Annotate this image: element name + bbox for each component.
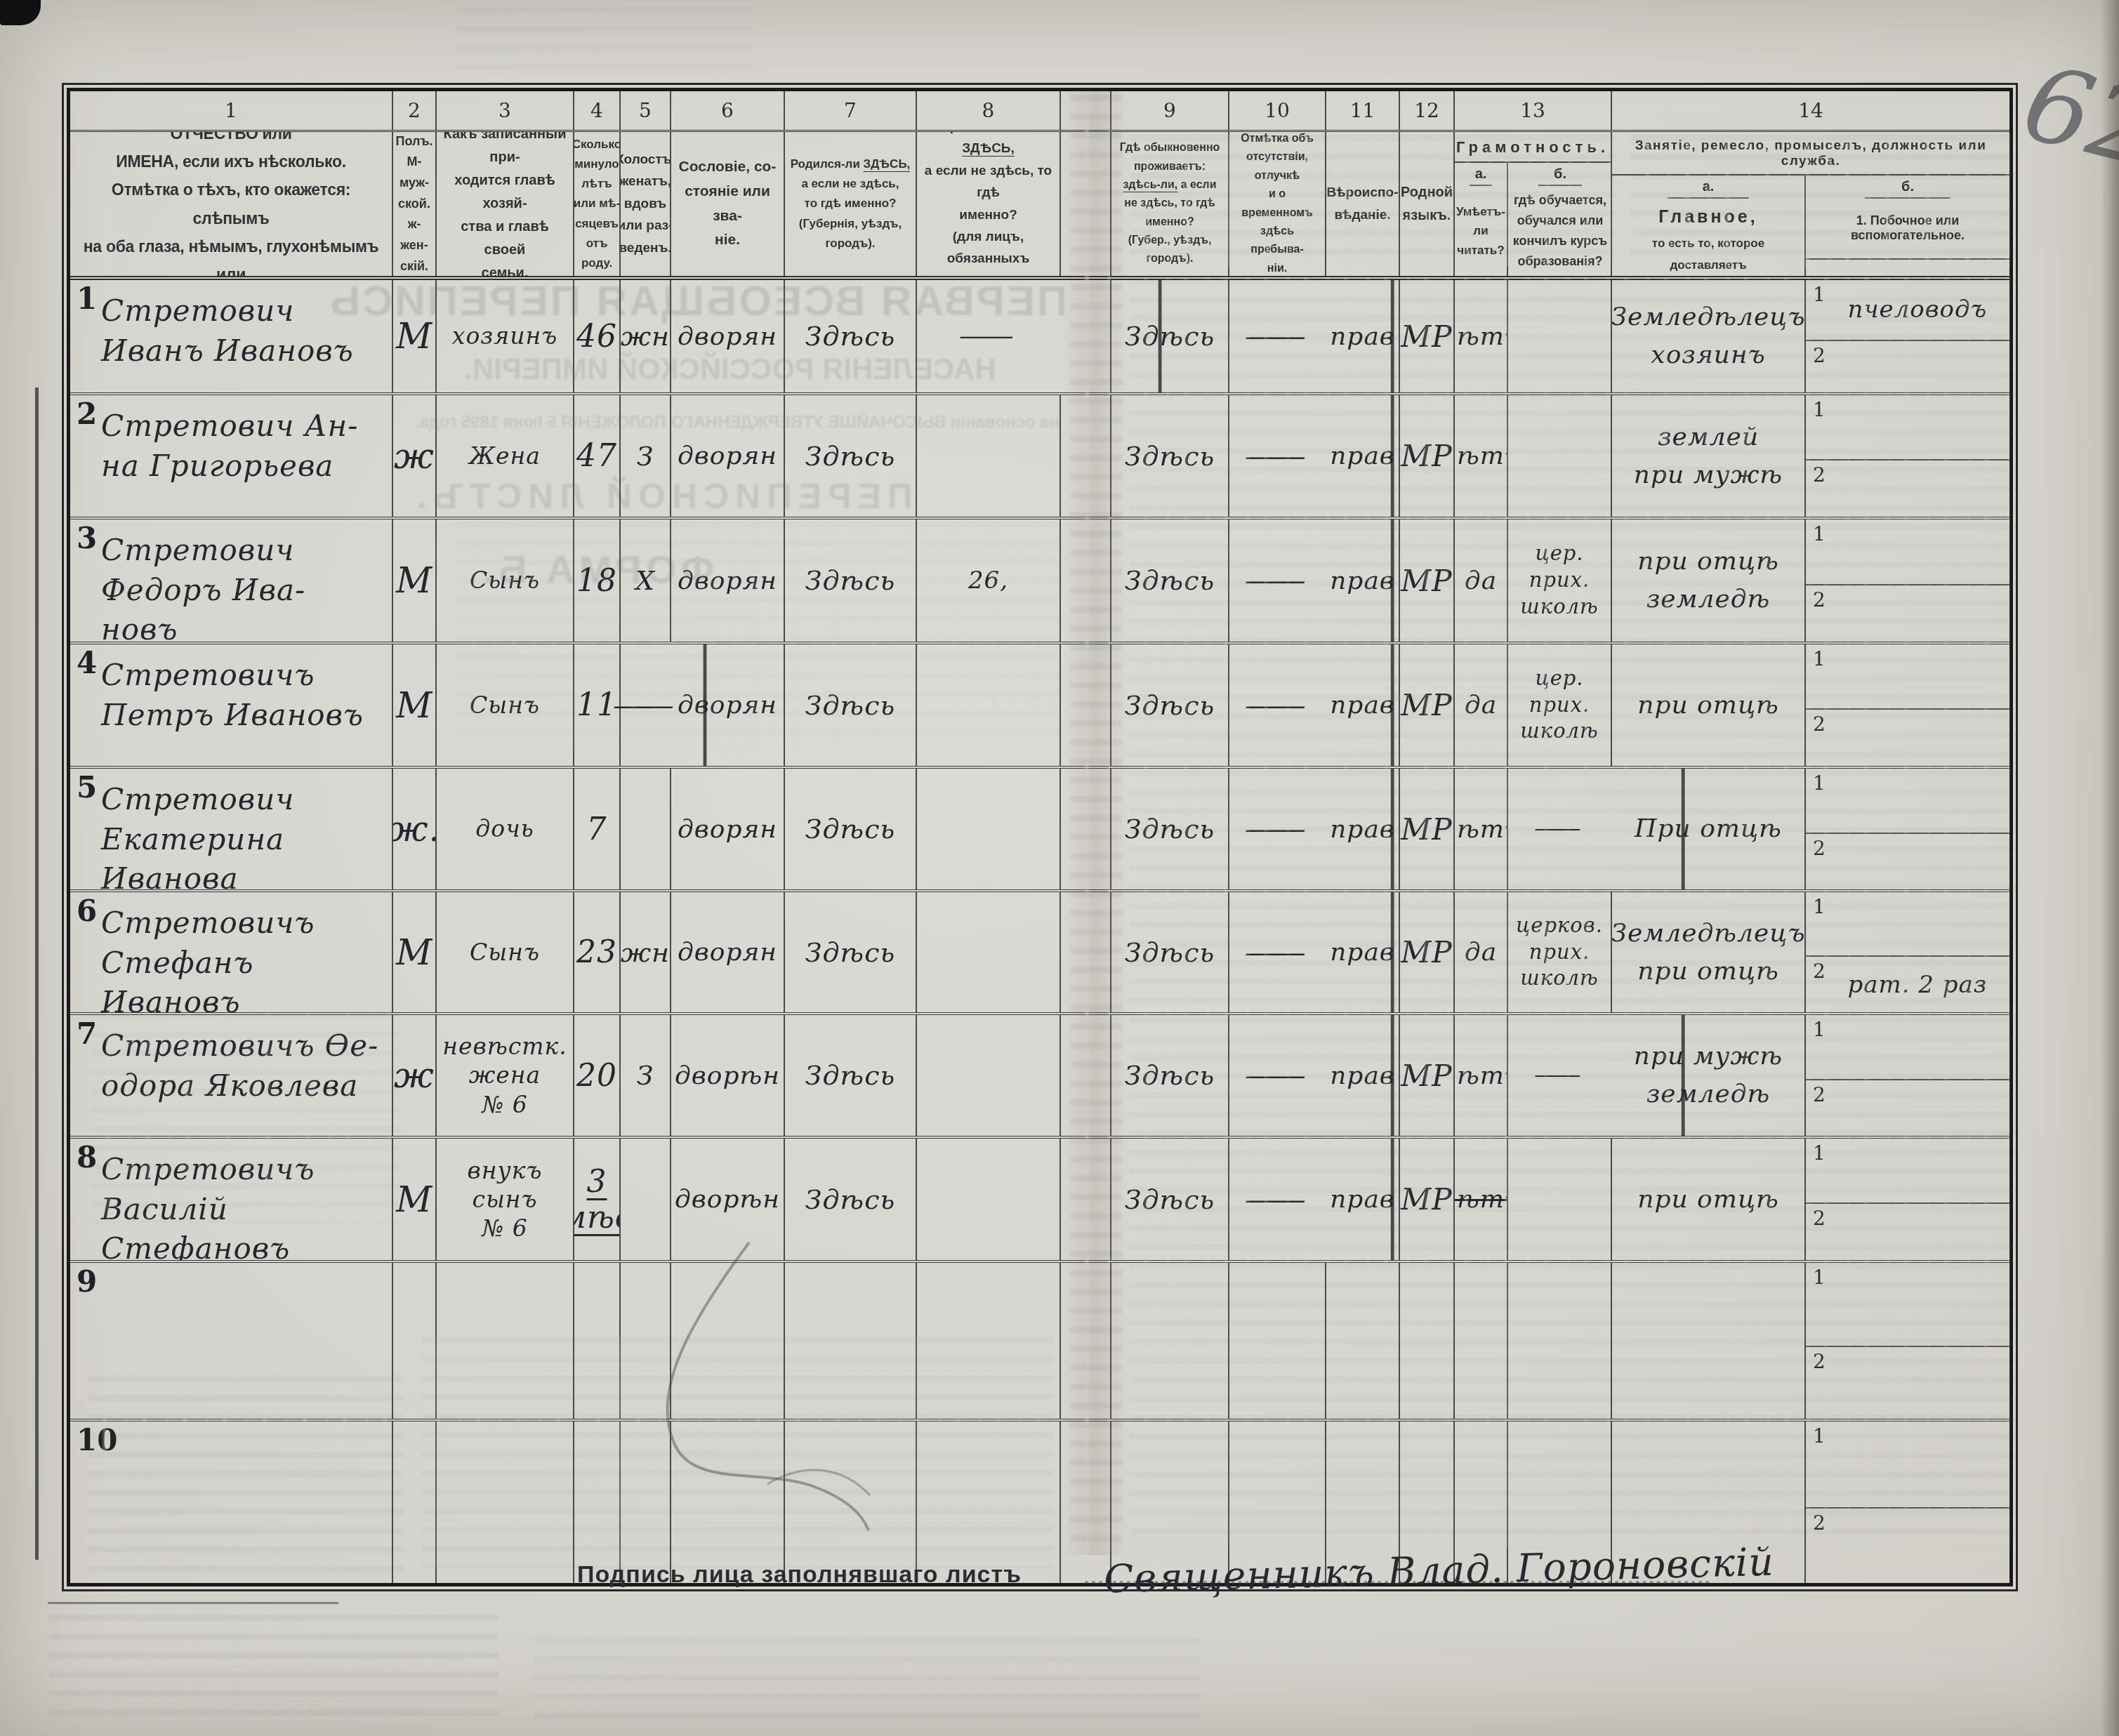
header-sex: Полъ. М-муж- ской. ж-жен- скій. bbox=[393, 132, 437, 276]
military-status-slot: 2 bbox=[1806, 710, 2009, 766]
header-occupation-b: б. 1. Побочное или вспомогательное. 2 По… bbox=[1806, 175, 2009, 276]
cell-language: МР bbox=[1400, 519, 1455, 642]
cell-birthplace: Здѣсь bbox=[785, 644, 917, 766]
cell-age: 20 bbox=[574, 1015, 621, 1136]
cell-name: 5 Стретович Екатерина Иванова bbox=[70, 769, 393, 889]
table-row: 9 1 2 bbox=[70, 1263, 2009, 1422]
cell-name: 10 bbox=[70, 1422, 393, 1583]
cell-birthplace: Здѣсь bbox=[785, 769, 917, 889]
cell-occupation-main: Земледѣлецъ хозяинъ bbox=[1612, 280, 1806, 392]
cell-occupation-main: при отцѣ земледѣ bbox=[1612, 519, 1806, 642]
side-label-2: 2 bbox=[1806, 585, 1826, 642]
census-table: 1 2 3 4 5 6 7 8 9 10 11 12 13 14 ФАМИЛІЯ… bbox=[67, 88, 2013, 1586]
signature-label: Подпись лица заполнявшаго листъ bbox=[577, 1561, 1022, 1589]
cell-religion bbox=[1326, 1263, 1400, 1419]
header-literacy-b: б. гдѣ обучается, обучался или кончилъ к… bbox=[1508, 163, 1612, 276]
cell-occupation-main bbox=[1612, 1263, 1806, 1419]
side-label-2: 2 bbox=[1806, 1080, 1826, 1136]
cell-occupation-side: 1 2 рат. 2 раз bbox=[1806, 892, 2009, 1012]
fold-gap bbox=[1061, 1263, 1111, 1419]
cell-registered bbox=[917, 892, 1061, 1012]
side-label-2: 2 bbox=[1806, 1204, 1826, 1260]
cell-occupation-side: 1 2 bbox=[1806, 519, 2009, 642]
fold-gap bbox=[1061, 132, 1111, 276]
col-number: 2 bbox=[393, 91, 437, 130]
cell-occupation-side: 1 2 bbox=[1806, 769, 2009, 889]
side-label-2: 2 bbox=[1806, 1509, 1826, 1583]
cell-religion: прав bbox=[1326, 892, 1400, 1012]
cell-sex: ж. bbox=[393, 769, 437, 889]
cell-estate: дворян bbox=[671, 395, 785, 517]
cell-age: 23 bbox=[574, 892, 621, 1012]
cell-education: цер. прих. школѣ bbox=[1508, 519, 1612, 642]
cell-marital: жн bbox=[621, 892, 671, 1012]
col-number: 11 bbox=[1326, 91, 1400, 130]
census-scan-page: ПЕРВАЯ ВСЕОБЩАЯ ПЕРЕПИСЬ НАСЕЛЕНІЯ РОССІ… bbox=[0, 0, 2119, 1736]
bleed-noise bbox=[49, 1615, 499, 1720]
table-row: 7 Стретовичъ Ѳе- одора Яковлева ж невѣст… bbox=[70, 1015, 2009, 1139]
side-label-1: 1 bbox=[1806, 395, 1826, 459]
person-name: Стретовичъ Ѳе- одора Яковлева bbox=[70, 1015, 392, 1106]
side-occupation-slot: 1 bbox=[1806, 1139, 2009, 1204]
col-number: 8 bbox=[917, 91, 1061, 130]
side-label-1: 1 bbox=[1806, 892, 1826, 955]
cell-education bbox=[1508, 1139, 1612, 1260]
cell-religion: прав bbox=[1326, 644, 1400, 766]
cell-language: МР bbox=[1400, 644, 1455, 766]
side-occupation-slot: 1 bbox=[1806, 644, 2009, 710]
fold-gap bbox=[1061, 280, 1111, 392]
military-status-slot: 2 bbox=[1806, 1080, 2009, 1136]
cell-birthplace: Здѣсь bbox=[785, 395, 917, 517]
person-name: Стретович Иванъ Ивановъ bbox=[70, 280, 392, 371]
cell-education bbox=[1508, 280, 1612, 392]
side-occupation-slot: 1 bbox=[1806, 769, 2009, 834]
cell-age: 46 bbox=[574, 280, 621, 392]
row-number: 7 bbox=[77, 1016, 97, 1051]
cell-relation bbox=[437, 1263, 574, 1419]
header-occupation-a: а. Главное, то есть то, которое доставля… bbox=[1612, 175, 1806, 276]
cell-religion: прав bbox=[1326, 1139, 1400, 1260]
cell-sex: М bbox=[393, 892, 437, 1012]
col-number: 10 bbox=[1229, 91, 1326, 130]
cell-occupation-main: землей при мужѣ bbox=[1612, 395, 1806, 517]
person-name bbox=[70, 1422, 392, 1433]
side-occupation-slot: 1 bbox=[1806, 1263, 2009, 1347]
cell-relation: Сынъ bbox=[437, 644, 574, 766]
person-name: Стретовичъ Стефанъ Ивановъ bbox=[70, 892, 392, 1012]
side-occupation-value: пчеловодъ bbox=[1826, 296, 2009, 324]
cell-occupation-main: при отцѣ bbox=[1612, 644, 1806, 766]
header-absence: Отмѣтка объ отсутствіи, отлучкѣ и о врем… bbox=[1229, 132, 1326, 276]
side-label-2: 2 bbox=[1806, 460, 1826, 517]
scan-edge-shadow bbox=[2101, 0, 2119, 1736]
row-number: 4 bbox=[77, 646, 97, 680]
side-occupation-slot: 1 bbox=[1806, 519, 2009, 585]
cell-age: 7 bbox=[574, 769, 621, 889]
fold-gap bbox=[1061, 1015, 1111, 1136]
cell-literacy: нѣтъ bbox=[1455, 1139, 1508, 1260]
cell-literacy: да bbox=[1455, 892, 1508, 1012]
fold-gap bbox=[1061, 644, 1111, 766]
side-label-2: 2 bbox=[1806, 1347, 1826, 1419]
side-label-1: 1 bbox=[1806, 769, 1826, 833]
military-status-slot: 2 bbox=[1806, 460, 2009, 517]
cell-language: МР bbox=[1400, 280, 1455, 392]
cell-relation: хозяинъ bbox=[437, 280, 574, 392]
table-row: 8 Стретовичъ Василій Стефановъ М внукъ с… bbox=[70, 1139, 2009, 1263]
cell-literacy: да bbox=[1455, 644, 1508, 766]
cell-name: 8 Стретовичъ Василій Стефановъ bbox=[70, 1139, 393, 1260]
cell-registered bbox=[917, 769, 1061, 889]
row-number: 9 bbox=[77, 1264, 97, 1299]
cell-occupation-main: При отцѣ bbox=[1612, 769, 1806, 889]
cell-education bbox=[1508, 395, 1612, 517]
cell-occupation-main: Земледѣлецъ при отцѣ bbox=[1612, 892, 1806, 1012]
cell-language: МР bbox=[1400, 1139, 1455, 1260]
cell-literacy: нѣтъ bbox=[1455, 280, 1508, 392]
cell-estate: дворян bbox=[671, 892, 785, 1012]
cell-relation: внукъ сынъ № 6 bbox=[437, 1139, 574, 1260]
header-language: Родной языкъ. bbox=[1400, 132, 1455, 276]
row-number: 2 bbox=[77, 397, 97, 431]
row-number: 1 bbox=[77, 281, 97, 316]
header-estate: Сословіе, со- стояніе или зва- ніе. bbox=[671, 132, 785, 276]
header-registered: Приписанъ-ли ЗДѢСЬ, а если не здѣсь, то … bbox=[917, 132, 1061, 276]
cell-estate: дворян bbox=[671, 519, 785, 642]
cell-occupation-side: 1 2 bbox=[1806, 1422, 2009, 1583]
fold-gap bbox=[1061, 892, 1111, 1012]
row-number: 3 bbox=[77, 521, 97, 555]
cell-name: 1 Стретович Иванъ Ивановъ bbox=[70, 280, 393, 392]
cell-literacy: да bbox=[1455, 519, 1508, 642]
cell-religion: прав bbox=[1326, 769, 1400, 889]
side-label-2: 2 bbox=[1806, 341, 1826, 392]
table-row: 1 Стретович Иванъ Ивановъ М хозяинъ 46 ж… bbox=[70, 280, 2009, 395]
side-label-1: 1 bbox=[1806, 1139, 1826, 1202]
cell-education: церков. прих. школѣ bbox=[1508, 892, 1612, 1012]
header-literacy-group: Грамотность. а. Умѣетъ- ли читать? б. гд… bbox=[1455, 132, 1612, 276]
cell-estate: дворѣн bbox=[671, 1015, 785, 1136]
side-occupation-slot: 1 bbox=[1806, 1015, 2009, 1080]
cell-occupation-side: 1 2 bbox=[1806, 644, 2009, 766]
col-number: 5 bbox=[621, 91, 671, 130]
side-label-1: 1 bbox=[1806, 519, 1826, 584]
pencil-flourish bbox=[586, 1237, 888, 1539]
cell-registered: 26, bbox=[917, 519, 1061, 642]
header-name: ФАМИЛІЯ, (прозвище), ИМЯ и ОТЧЕСТВО или … bbox=[70, 132, 393, 276]
side-label-1: 1 bbox=[1806, 1263, 1826, 1346]
scan-corner-mark bbox=[0, 0, 41, 25]
fold-gap bbox=[1061, 91, 1111, 130]
cell-education bbox=[1508, 1263, 1612, 1419]
col-number: 4 bbox=[574, 91, 621, 130]
military-status-slot: 2 bbox=[1806, 1204, 2009, 1260]
cell-language: МР bbox=[1400, 892, 1455, 1012]
cell-birthplace: Здѣсь bbox=[785, 1015, 917, 1136]
side-label-1: 1 bbox=[1806, 1015, 1826, 1079]
cell-relation: дочь bbox=[437, 769, 574, 889]
person-name bbox=[70, 1263, 392, 1274]
cell-marital bbox=[621, 769, 671, 889]
col-number: 3 bbox=[437, 91, 574, 130]
col-number: 14 bbox=[1612, 91, 2009, 130]
header-relation: Какъ записанный при- ходится главѣ хозяй… bbox=[437, 132, 574, 276]
col-number: 9 bbox=[1111, 91, 1229, 130]
cell-sex: М bbox=[393, 644, 437, 766]
person-name: Стретовичъ Петръ Ивановъ bbox=[70, 644, 392, 735]
cell-name: 7 Стретовичъ Ѳе- одора Яковлева bbox=[70, 1015, 393, 1136]
side-label-2: 2 bbox=[1806, 710, 1826, 766]
cell-age: 18 bbox=[574, 519, 621, 642]
military-status-slot: 2 bbox=[1806, 834, 2009, 889]
side-label-1: 1 bbox=[1806, 280, 1826, 340]
person-name: Стретович Ан- на Григорьева bbox=[70, 395, 392, 486]
cell-relation: невѣстк. жена № 6 bbox=[437, 1015, 574, 1136]
person-name: Стретовичъ Василій Стефановъ bbox=[70, 1139, 392, 1260]
table-row: 3 Стретович Федоръ Ива- новъ М Сынъ 18 Х… bbox=[70, 519, 2009, 644]
header-marital: Холостъ, женатъ, вдовъ или раз- веденъ. bbox=[621, 132, 671, 276]
table-row: 2 Стретович Ан- на Григорьева ж Жена 47 … bbox=[70, 395, 2009, 519]
cell-relation: Сынъ bbox=[437, 892, 574, 1012]
col-number: 7 bbox=[785, 91, 917, 130]
cell-registered bbox=[917, 644, 1061, 766]
header-literacy-a: а. Умѣетъ- ли читать? bbox=[1455, 163, 1508, 276]
cell-sex: М bbox=[393, 280, 437, 392]
side-occupation-slot: 1 bbox=[1806, 892, 2009, 957]
cell-name: 9 bbox=[70, 1263, 393, 1419]
cell-occupation-main: при мужѣ земледѣ bbox=[1612, 1015, 1806, 1136]
cell-registered bbox=[917, 1139, 1061, 1260]
cell-absence bbox=[1229, 1263, 1326, 1419]
cell-sex bbox=[393, 1263, 437, 1419]
person-name: Стретович Федоръ Ива- новъ bbox=[70, 519, 392, 642]
cell-name: 2 Стретович Ан- на Григорьева bbox=[70, 395, 393, 517]
cell-estate: дворян bbox=[671, 280, 785, 392]
cell-name: 3 Стретович Федоръ Ива- новъ bbox=[70, 519, 393, 642]
cell-registered bbox=[917, 1422, 1061, 1583]
row-number: 5 bbox=[77, 770, 97, 804]
bleed-noise bbox=[534, 1637, 1201, 1720]
cell-religion: прав bbox=[1326, 519, 1400, 642]
cell-residence bbox=[1111, 1263, 1229, 1419]
literacy-title: Грамотность. bbox=[1455, 132, 1611, 163]
cell-education: цер. прих. школѣ bbox=[1508, 644, 1612, 766]
cell-religion: прав bbox=[1326, 395, 1400, 517]
cell-registered bbox=[917, 395, 1061, 517]
row-number: 8 bbox=[77, 1140, 97, 1174]
cell-sex: М bbox=[393, 519, 437, 642]
cell-estate: дворян bbox=[671, 644, 785, 766]
cell-literacy: нѣтъ bbox=[1455, 395, 1508, 517]
military-status-slot: 2 bbox=[1806, 585, 2009, 642]
cell-occupation-side: 1 2 bbox=[1806, 395, 2009, 517]
military-status-slot: 2 bbox=[1806, 1509, 2009, 1583]
cell-sex bbox=[393, 1422, 437, 1583]
military-status-value: рат. 2 раз bbox=[1826, 971, 2009, 999]
cell-name: 6 Стретовичъ Стефанъ Ивановъ bbox=[70, 892, 393, 1012]
military-status-slot: 2 bbox=[1806, 1347, 2009, 1419]
cell-religion: прав bbox=[1326, 1015, 1400, 1136]
cell-literacy bbox=[1455, 1263, 1508, 1419]
cell-language bbox=[1400, 1263, 1455, 1419]
cell-marital: З bbox=[621, 1015, 671, 1136]
person-name: Стретович Екатерина Иванова bbox=[70, 769, 392, 889]
cell-religion: прав bbox=[1326, 280, 1400, 392]
table-row: 5 Стретович Екатерина Иванова ж. дочь 7 … bbox=[70, 769, 2009, 892]
cell-language: МР bbox=[1400, 395, 1455, 517]
fold-gap bbox=[1061, 1139, 1111, 1260]
cell-occupation-side: 1 пчеловодъ 2 bbox=[1806, 280, 2009, 392]
cell-sex: ж bbox=[393, 395, 437, 517]
table-row: 4 Стретовичъ Петръ Ивановъ М Сынъ 11 — д… bbox=[70, 644, 2009, 769]
cell-sex: М bbox=[393, 1139, 437, 1260]
cell-relation bbox=[437, 1422, 574, 1583]
cell-age: 47 bbox=[574, 395, 621, 517]
col-number: 12 bbox=[1400, 91, 1455, 130]
side-occupation-slot: 1 bbox=[1806, 1422, 2009, 1509]
cell-registered bbox=[917, 1015, 1061, 1136]
scan-edge-line bbox=[35, 387, 39, 1560]
cell-birthplace: Здѣсь bbox=[785, 519, 917, 642]
occupation-title: Занятіе, ремесло, промыселъ, должность и… bbox=[1612, 132, 2009, 175]
header-row: ФАМИЛІЯ, (прозвище), ИМЯ и ОТЧЕСТВО или … bbox=[70, 132, 2009, 280]
cell-occupation-main: при отцѣ bbox=[1612, 1139, 1806, 1260]
table-row: 6 Стретовичъ Стефанъ Ивановъ М Сынъ 23 ж… bbox=[70, 892, 2009, 1015]
row-number: 10 bbox=[77, 1423, 117, 1457]
side-occupation-slot: 1 пчеловодъ bbox=[1806, 280, 2009, 341]
row-number: 6 bbox=[77, 894, 97, 928]
col-number: 1 bbox=[70, 91, 393, 130]
col-number: 6 bbox=[671, 91, 785, 130]
header-residence: Гдѣ обыкновенно проживаетъ: здѣсь-ли, а … bbox=[1111, 132, 1229, 276]
side-label-2: 2 bbox=[1806, 834, 1826, 889]
header-occupation-group: Занятіе, ремесло, промыселъ, должность и… bbox=[1612, 132, 2009, 276]
military-status-slot: 2 рат. 2 раз bbox=[1806, 957, 2009, 1012]
column-numbers-row: 1 2 3 4 5 6 7 8 9 10 11 12 13 14 bbox=[70, 91, 2009, 132]
cell-marital: жн bbox=[621, 280, 671, 392]
cell-sex: ж bbox=[393, 1015, 437, 1136]
bleed-noise bbox=[456, 7, 751, 69]
col-number: 13 bbox=[1455, 91, 1612, 130]
fold-gap bbox=[1061, 519, 1111, 642]
side-occupation-slot: 1 bbox=[1806, 395, 2009, 460]
scan-stray-line bbox=[48, 1602, 338, 1604]
cell-occupation-side: 1 2 bbox=[1806, 1139, 2009, 1260]
header-age: Сколько минуло лѣтъ или мѣ- сяцевъ отъ р… bbox=[574, 132, 621, 276]
cell-occupation-side: 1 2 bbox=[1806, 1015, 2009, 1136]
header-birthplace: Родился-ли ЗДѢСЬ, а если не здѣсь, то гд… bbox=[785, 132, 917, 276]
cell-marital: Х bbox=[621, 519, 671, 642]
cell-relation: Жена bbox=[437, 395, 574, 517]
cell-birthplace: Здѣсь bbox=[785, 892, 917, 1012]
cell-occupation-side: 1 2 bbox=[1806, 1263, 2009, 1419]
fold-gap bbox=[1061, 395, 1111, 517]
side-label-1: 1 bbox=[1806, 1422, 1826, 1507]
military-status-slot: 2 bbox=[1806, 341, 2009, 392]
cell-relation: Сынъ bbox=[437, 519, 574, 642]
cell-registered bbox=[917, 1263, 1061, 1419]
header-religion: Вѣроиспо- вѣданіе. bbox=[1326, 132, 1400, 276]
side-label-1: 1 bbox=[1806, 644, 1826, 708]
side-label-2: 2 bbox=[1806, 957, 1826, 1012]
cell-marital: З bbox=[621, 395, 671, 517]
cell-name: 4 Стретовичъ Петръ Ивановъ bbox=[70, 644, 393, 766]
fold-gap bbox=[1061, 769, 1111, 889]
cell-estate: дворян bbox=[671, 769, 785, 889]
